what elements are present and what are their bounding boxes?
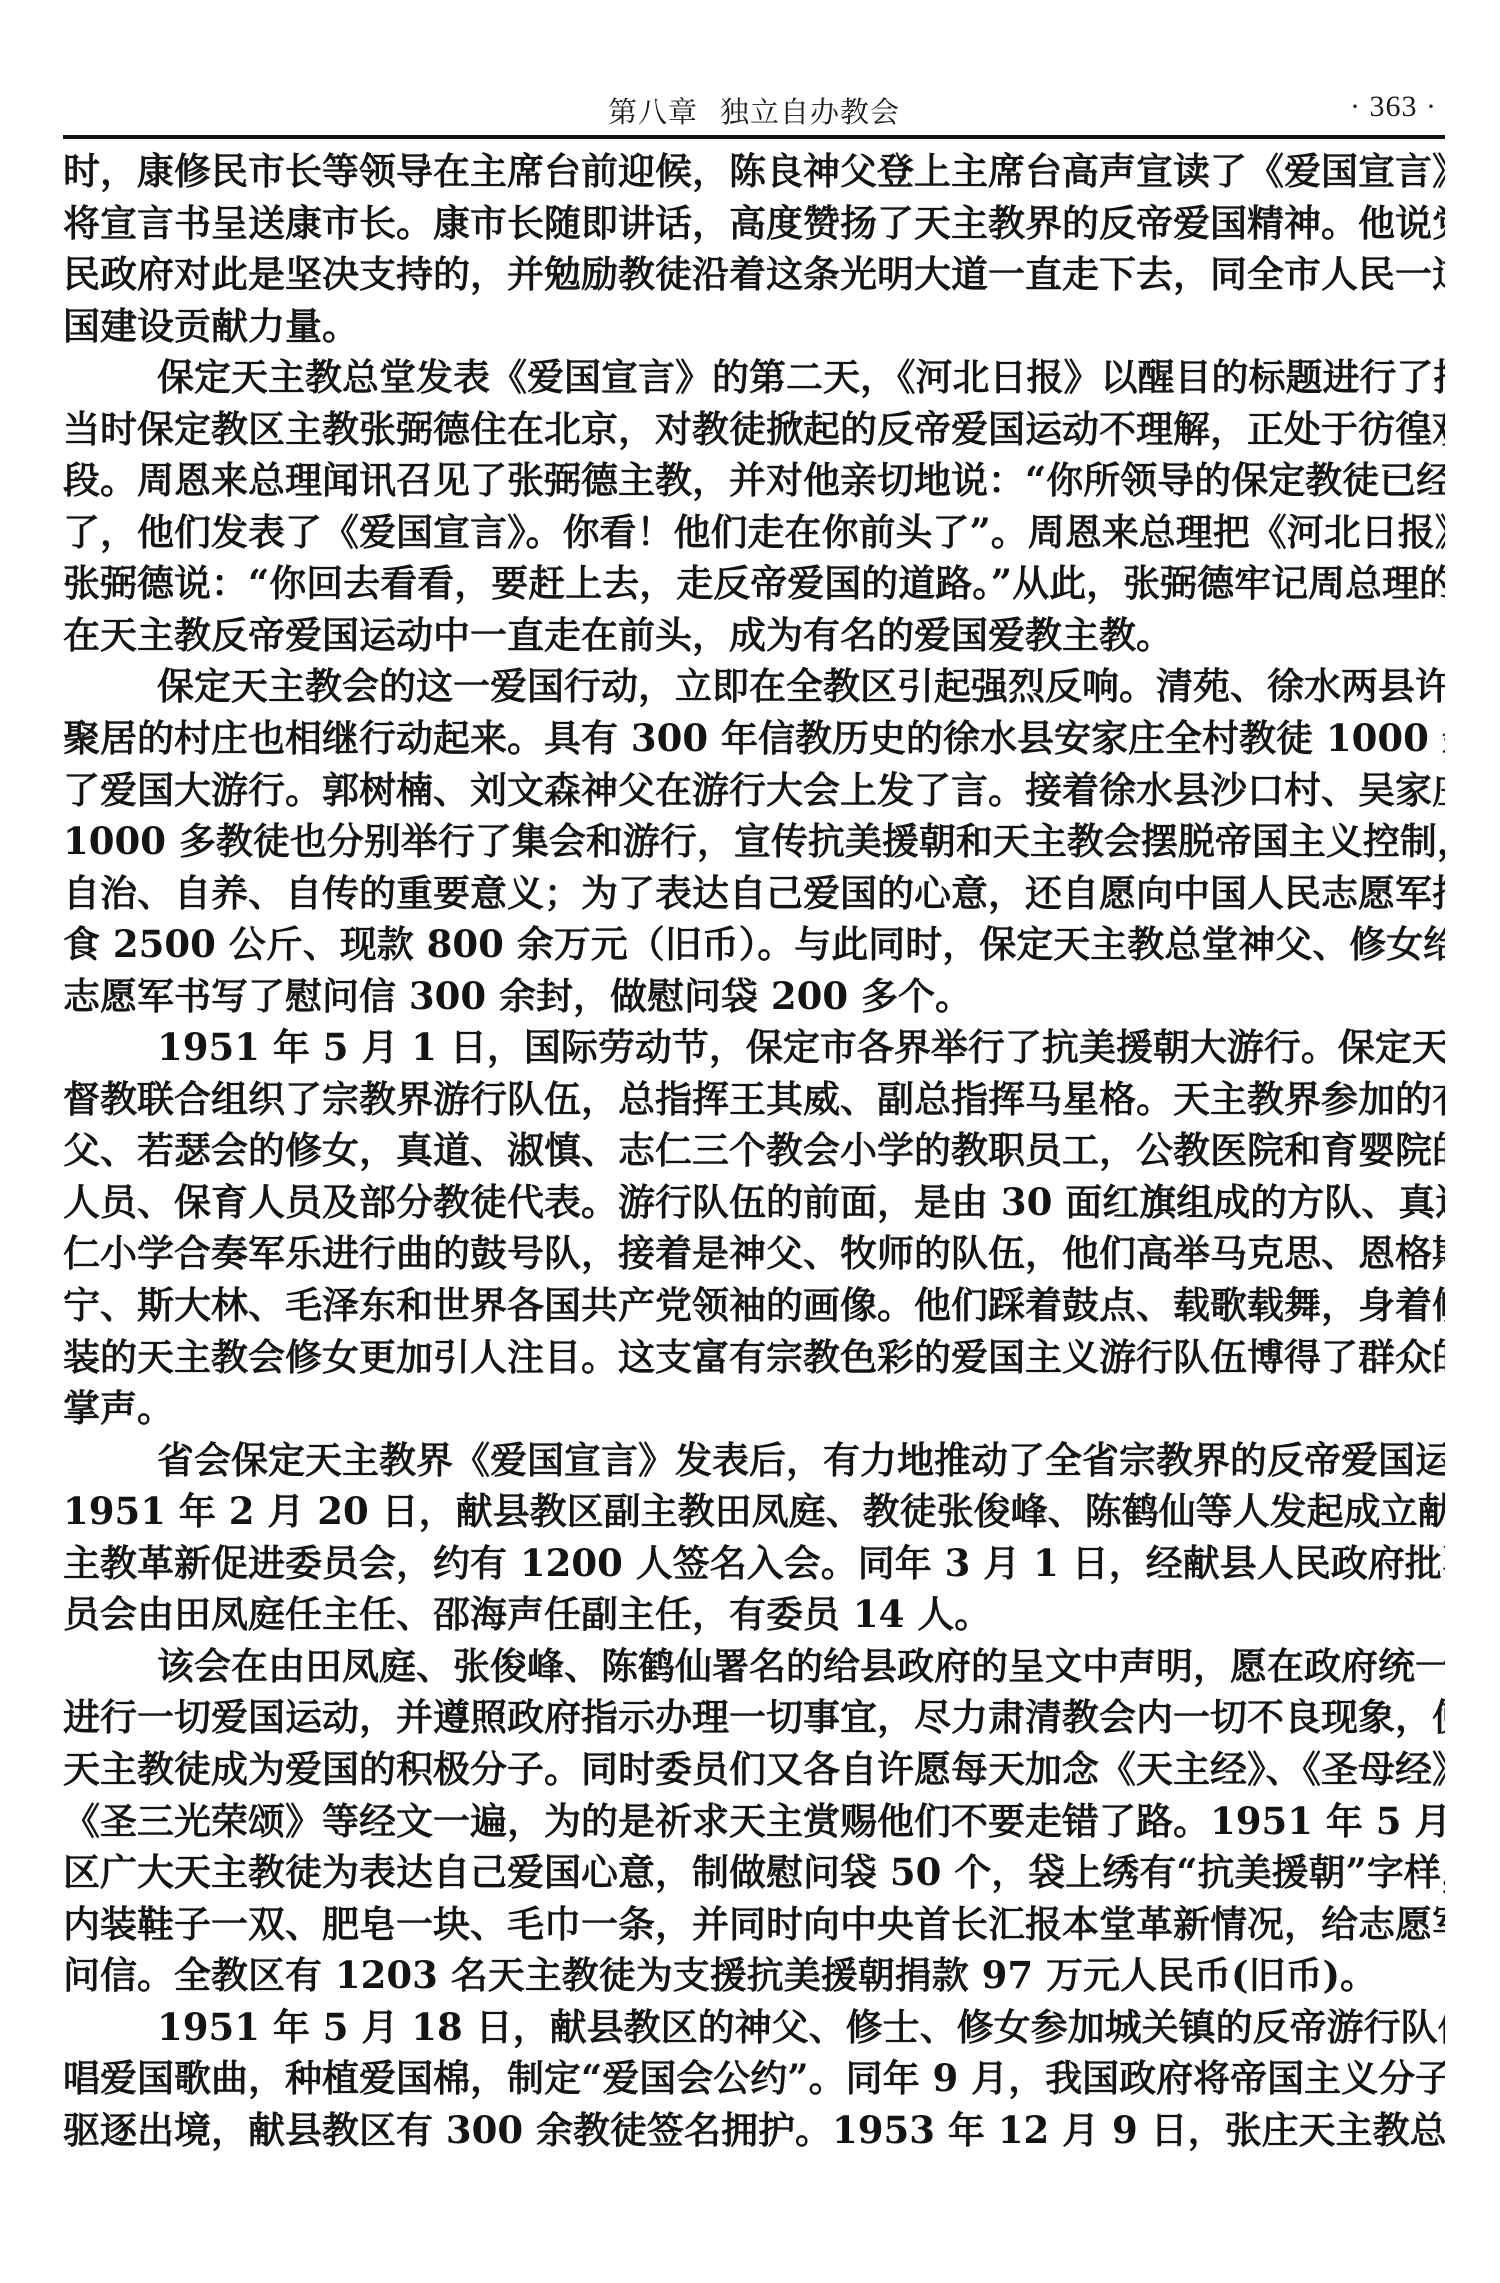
text-line: 该会在由田凤庭、张俊峰、陈鹤仙署名的给县政府的呈文中声明，愿在政府统一领导下 bbox=[63, 1641, 1445, 1693]
text-line: 督教联合组织了宗教界游行队伍，总指挥王其威、副总指挥马星格。天主教界参加的有神 bbox=[63, 1074, 1445, 1126]
text-line: 志愿军书写了慰问信 300 余封，做慰问袋 200 多个。 bbox=[63, 971, 1445, 1023]
text-line: 驱逐出境，献县教区有 300 余教徒签名拥护。1953 年 12 月 9 日，张… bbox=[63, 2105, 1445, 2157]
text-line: 张弼德说：“你回去看看，要赶上去，走反帝爱国的道路。”从此，张弼德牢记周总理的教… bbox=[63, 558, 1445, 610]
chapter-label: 第八章 bbox=[608, 95, 698, 129]
text-line: 1951 年 2 月 20 日，献县教区副主教田凤庭、教徒张俊峰、陈鹤仙等人发起… bbox=[63, 1486, 1445, 1538]
text-line: 天主教徒成为爱国的积极分子。同时委员们又各自许愿每天加念《天主经》、《圣母经》和 bbox=[63, 1744, 1445, 1796]
text-line: 父、若瑟会的修女，真道、淑慎、志仁三个教会小学的教职员工，公教医院和育婴院的医护 bbox=[63, 1125, 1445, 1177]
paragraph: 1951 年 5 月 1 日，国际劳动节，保定市各界举行了抗美援朝大游行。保定天… bbox=[63, 1022, 1445, 1434]
paragraph: 时，康修民市长等领导在主席台前迎候，陈良神父登上主席台高声宣读了《爱国宣言》，并… bbox=[63, 146, 1445, 352]
text-line: 聚居的村庄也相继行动起来。具有 300 年信教历史的徐水县安家庄全村教徒 100… bbox=[63, 713, 1445, 765]
paragraph: 该会在由田凤庭、张俊峰、陈鹤仙署名的给县政府的呈文中声明，愿在政府统一领导下 进… bbox=[63, 1641, 1445, 2002]
text-line: 问信。全教区有 1203 名天主教徒为支援抗美援朝捐款 97 万元人民币(旧币)… bbox=[63, 1950, 1445, 2002]
text-line: 宁、斯大林、毛泽东和世界各国共产党领袖的画像。他们踩着鼓点、载歌载舞，身着修会服 bbox=[63, 1280, 1445, 1332]
text-line: 民政府对此是坚决支持的，并勉励教徒沿着这条光明大道一直走下去，同全市人民一道为祖 bbox=[63, 249, 1445, 301]
paragraph: 保定天主教总堂发表《爱国宣言》的第二天，《河北日报》以醒目的标题进行了报道。 当… bbox=[63, 352, 1445, 661]
text-line: 保定天主教总堂发表《爱国宣言》的第二天，《河北日报》以醒目的标题进行了报道。 bbox=[63, 352, 1445, 404]
text-line: 1951 年 5 月 1 日，国际劳动节，保定市各界举行了抗美援朝大游行。保定天… bbox=[63, 1022, 1445, 1074]
running-header: 第八章独立自办教会 · 363 · bbox=[63, 80, 1445, 136]
paragraph: 1951 年 5 月 18 日，献县教区的神父、修士、修女参加城关镇的反帝游行队… bbox=[63, 2002, 1445, 2157]
text-line: 保定天主教会的这一爱国行动，立即在全教区引起强烈反响。清苑、徐水两县许多教徒 bbox=[63, 661, 1445, 713]
text-line: 装的天主教会修女更加引人注目。这支富有宗教色彩的爱国主义游行队伍博得了群众的阵阵 bbox=[63, 1332, 1445, 1384]
text-line: 主教革新促进委员会，约有 1200 人签名入会。同年 3 月 1 日，经献县人民… bbox=[63, 1538, 1445, 1590]
text-line: 1951 年 5 月 18 日，献县教区的神父、修士、修女参加城关镇的反帝游行队… bbox=[63, 2002, 1445, 2054]
paragraph: 保定天主教会的这一爱国行动，立即在全教区引起强烈反响。清苑、徐水两县许多教徒 聚… bbox=[63, 661, 1445, 1022]
text-line: 当时保定教区主教张弼德住在北京，对教徒掀起的反帝爱国运动不理解，正处于彷徨观望阶 bbox=[63, 404, 1445, 456]
text-line: 仁小学合奏军乐进行曲的鼓号队，接着是神父、牧师的队伍，他们高举马克思、恩格斯、列 bbox=[63, 1228, 1445, 1280]
text-line: 员会由田凤庭任主任、邵海声任副主任，有委员 14 人。 bbox=[63, 1589, 1445, 1641]
text-line: 内装鞋子一双、肥皂一块、毛巾一条，并同时向中央首长汇报本堂革新情况，给志愿军写慰 bbox=[63, 1899, 1445, 1951]
paragraph: 省会保定天主教界《爱国宣言》发表后，有力地推动了全省宗教界的反帝爱国运动。 19… bbox=[63, 1435, 1445, 1641]
text-line: 将宣言书呈送康市长。康市长随即讲话，高度赞扬了天主教界的反帝爱国精神。他说党和人 bbox=[63, 198, 1445, 250]
text-line: 段。周恩来总理闻讯召见了张弼德主教，并对他亲切地说：“你所领导的保定教徒已经站起… bbox=[63, 455, 1445, 507]
text-line: 时，康修民市长等领导在主席台前迎候，陈良神父登上主席台高声宣读了《爱国宣言》，并 bbox=[63, 146, 1445, 198]
text-line: 唱爱国歌曲，种植爱国棉，制定“爱国会公约”。同年 9 月，我国政府将帝国主义分子… bbox=[63, 2053, 1445, 2105]
text-line: 人员、保育人员及部分教徒代表。游行队伍的前面，是由 30 面红旗组成的方队、真道… bbox=[63, 1177, 1445, 1229]
text-line: 了，他们发表了《爱国宣言》。你看！他们走在你前头了”。周恩来总理把《河北日报》交… bbox=[63, 507, 1445, 559]
text-line: 食 2500 公斤、现款 800 余万元（旧币）。与此同时，保定天主教总堂神父、… bbox=[63, 919, 1445, 971]
text-line: 省会保定天主教界《爱国宣言》发表后，有力地推动了全省宗教界的反帝爱国运动。 bbox=[63, 1435, 1445, 1487]
text-line: 自治、自养、自传的重要意义；为了表达自己爱国的心意，还自愿向中国人民志愿军捐献粮 bbox=[63, 868, 1445, 920]
text-line: 在天主教反帝爱国运动中一直走在前头，成为有名的爱国爱教主教。 bbox=[63, 610, 1445, 662]
text-line: 掌声。 bbox=[63, 1383, 1445, 1435]
text-line: 区广大天主教徒为表达自己爱国心意，制做慰问袋 50 个，袋上绣有“抗美援朝”字样… bbox=[63, 1847, 1445, 1899]
header-rule bbox=[63, 135, 1445, 139]
text-line: 了爱国大游行。郭树楠、刘文森神父在游行大会上发了言。接着徐水县沙口村、吴家庄两地 bbox=[63, 765, 1445, 817]
text-line: 《圣三光荣颂》等经文一遍，为的是祈求天主赏赐他们不要走错了路。1951 年 5 … bbox=[63, 1796, 1445, 1848]
text-line: 进行一切爱国运动，并遵照政府指示办理一切事宜，尽力肃清教会内一切不良现象，使献县 bbox=[63, 1692, 1445, 1744]
text-line: 1000 多教徒也分别举行了集会和游行，宣传抗美援朝和天主教会摆脱帝国主义控制，… bbox=[63, 816, 1445, 868]
text-line: 国建设贡献力量。 bbox=[63, 301, 1445, 353]
body-text: 时，康修民市长等领导在主席台前迎候，陈良神父登上主席台高声宣读了《爱国宣言》，并… bbox=[63, 146, 1445, 2156]
page-number: · 363 · bbox=[1350, 90, 1437, 124]
chapter-title: 第八章独立自办教会 bbox=[63, 90, 1445, 131]
chapter-name: 独立自办教会 bbox=[720, 95, 900, 129]
